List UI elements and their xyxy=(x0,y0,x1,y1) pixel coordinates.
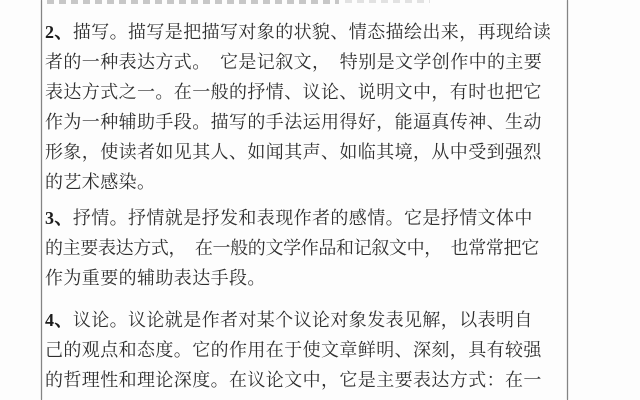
paragraph-miaoxie: 2、描写。描写是把描写对象的状貌、情态描绘出来，再现给读 者的一种表达方式。 它… xyxy=(45,17,567,197)
text-line: 己的观点和态度。它的作用在于使文章鲜明、深刻，具有较强 xyxy=(45,335,567,365)
clipped-top-text-line xyxy=(47,0,339,4)
text-line: 作为重要的辅助表达手段。 xyxy=(45,263,567,293)
paragraph-shuqing: 3、抒情。抒情就是抒发和表现作者的感情。它是抒情文体中 的主要表达方式， 在一般… xyxy=(45,203,567,293)
clipped-top-text-line-tail xyxy=(345,0,430,3)
text-line: 作为一种辅助手段。描写的手法运用得好，能逼真传神、生动 xyxy=(45,107,567,137)
document-text: 2、描写。描写是把描写对象的状貌、情态描绘出来，再现给读 者的一种表达方式。 它… xyxy=(45,17,567,395)
paragraph-yilun: 4、议论。议论就是作者对某个议论对象发表见解，以表明自 己的观点和态度。它的作用… xyxy=(45,305,567,395)
text-line: 的哲理性和理论深度。在议论文中，它是主要表达方式：在一 xyxy=(45,365,567,395)
text-line: 4、议论。议论就是作者对某个议论对象发表见解，以表明自 xyxy=(45,305,567,335)
document-page: 2、描写。描写是把描写对象的状貌、情态描绘出来，再现给读 者的一种表达方式。 它… xyxy=(0,0,640,400)
text-line: 3、抒情。抒情就是抒发和表现作者的感情。它是抒情文体中 xyxy=(45,203,567,233)
left-border-line xyxy=(41,0,42,400)
text-line: 形象，使读者如见其人、如闻其声、如临其境，从中受到强烈 xyxy=(45,137,567,167)
text-line: 的艺术感染。 xyxy=(45,167,567,197)
text-line: 的主要表达方式， 在一般的文学作品和记叙文中， 也常常把它 xyxy=(45,233,567,263)
text-line: 2、描写。描写是把描写对象的状貌、情态描绘出来，再现给读 xyxy=(45,17,567,47)
text-line: 者的一种表达方式。 它是记叙文， 特别是文学创作中的主要 xyxy=(45,47,567,77)
text-line: 表达方式之一。在一般的抒情、议论、说明文中，有时也把它 xyxy=(45,77,567,107)
right-border-line xyxy=(567,0,568,400)
